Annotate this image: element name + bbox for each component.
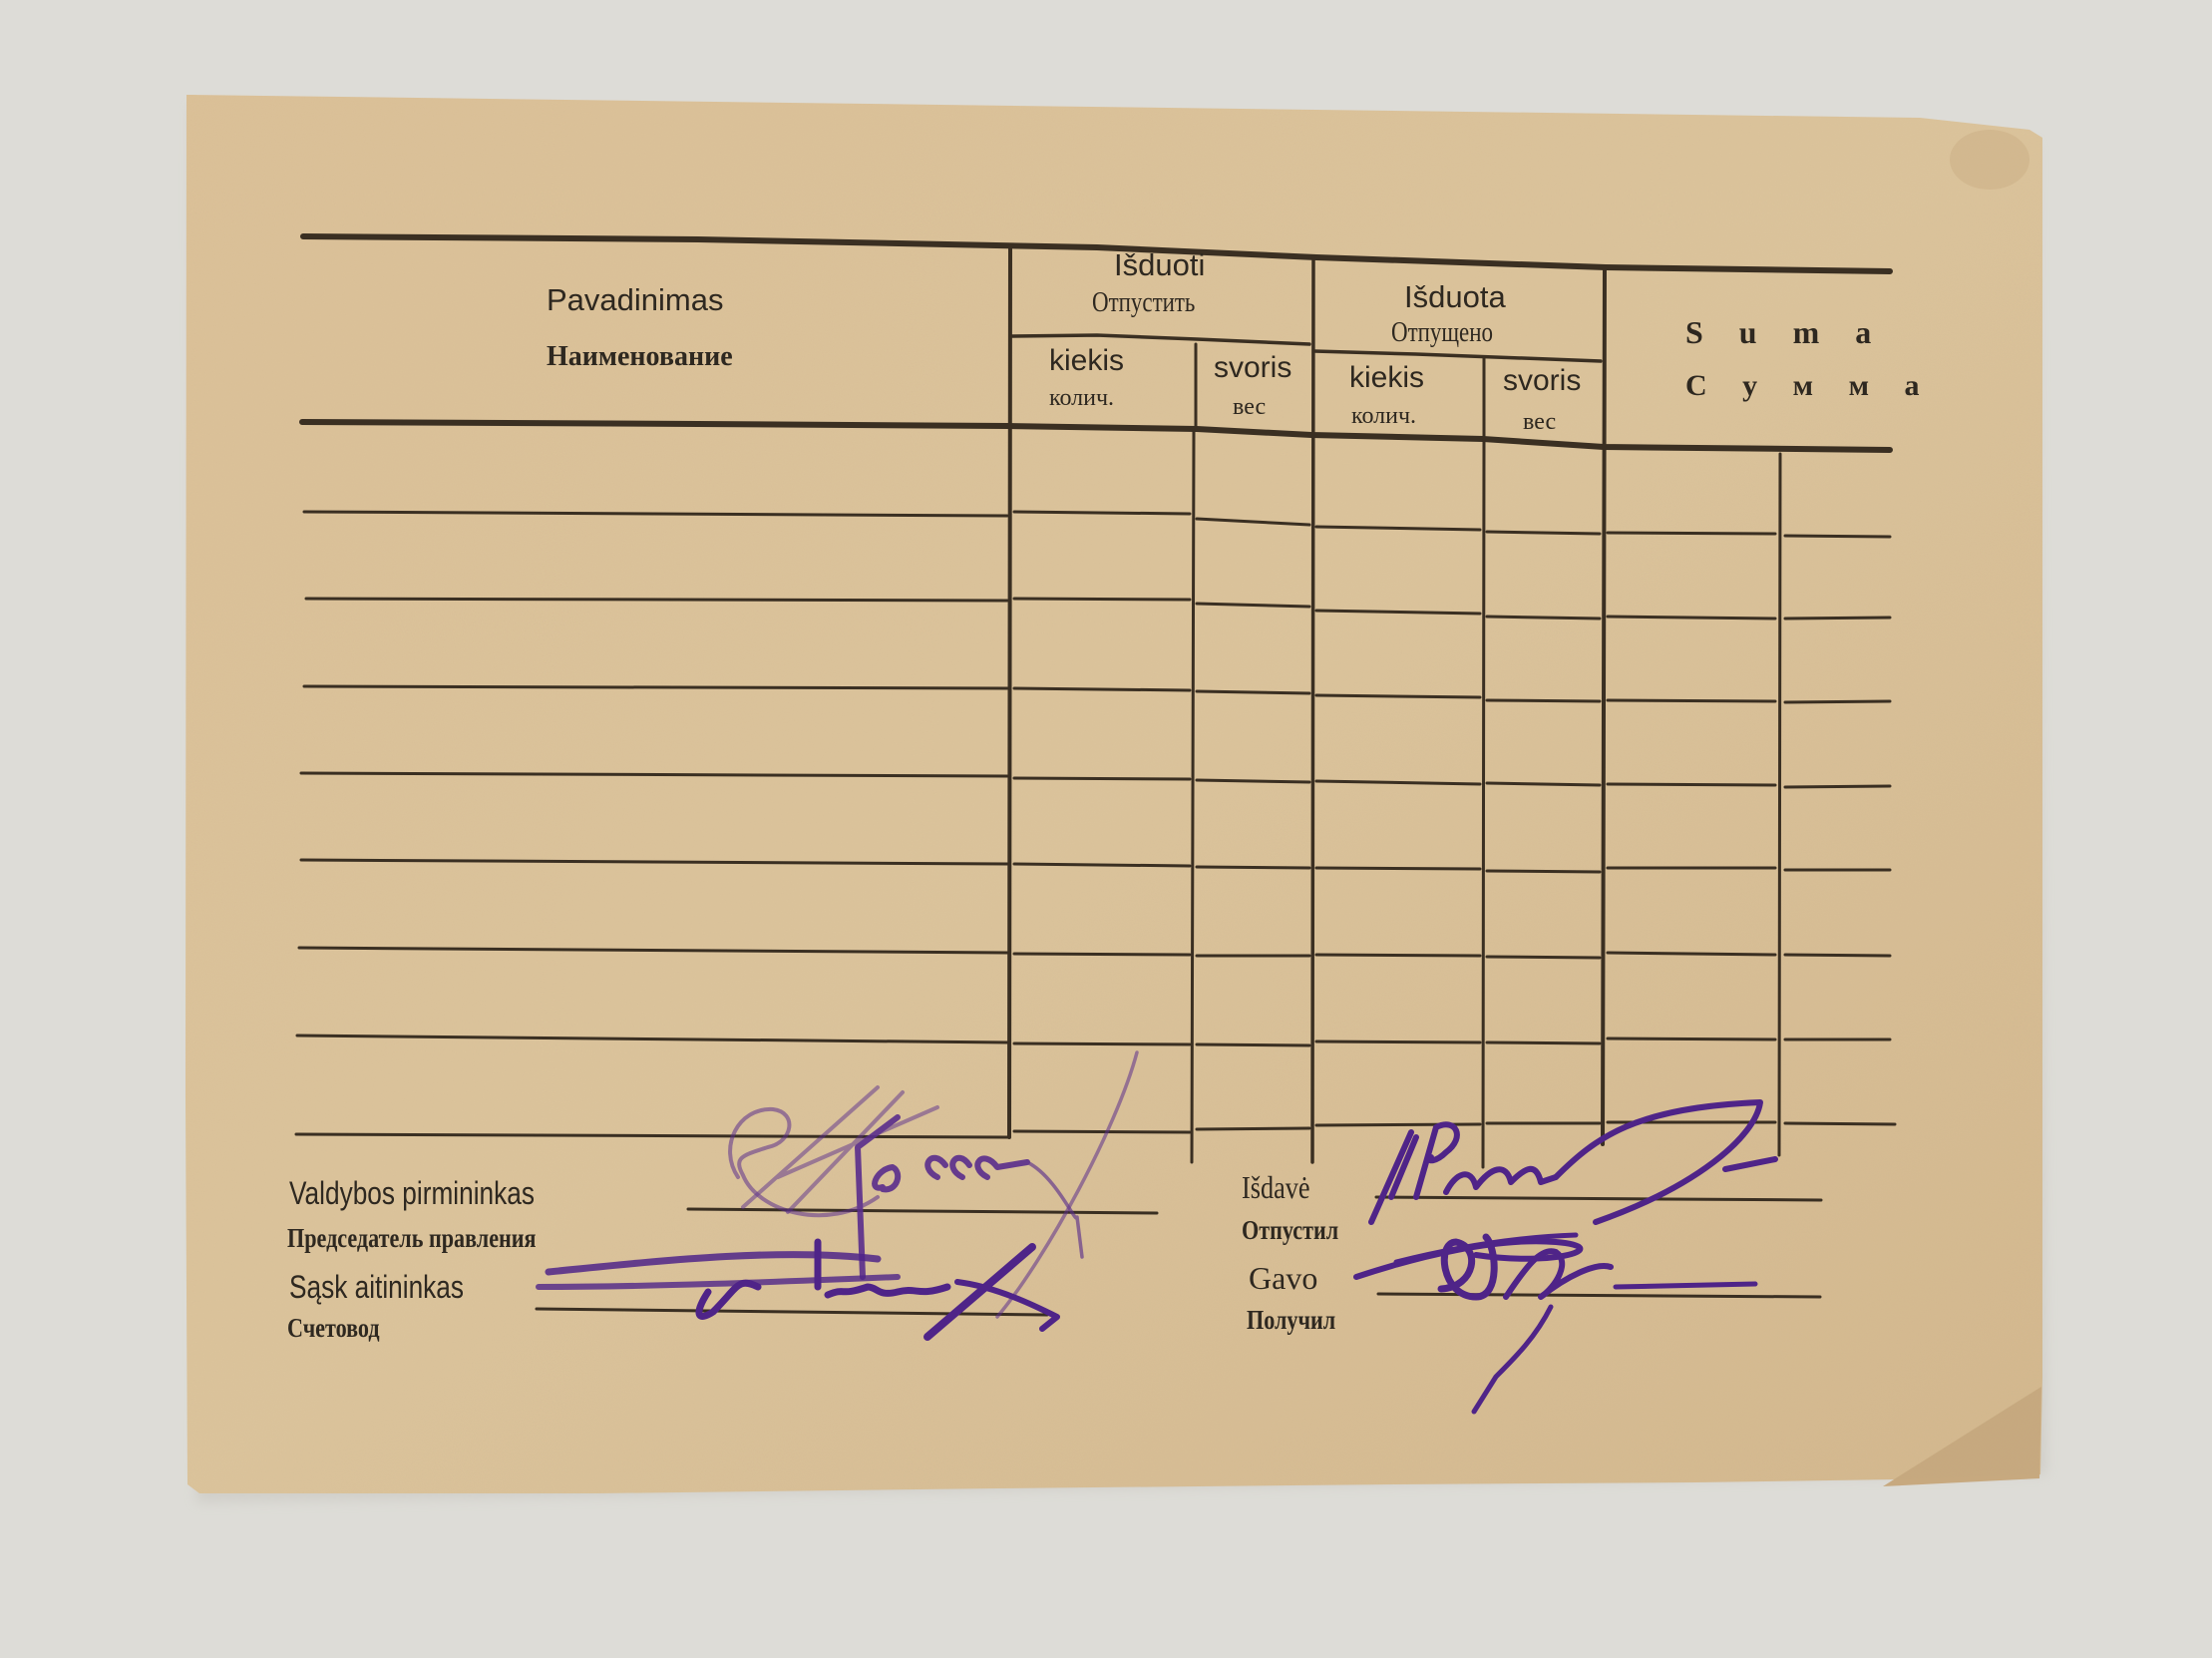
table-row[interactable] (304, 778, 1002, 858)
col-header-issued-lt: Išduota (1404, 279, 1506, 315)
table-row[interactable] (304, 1040, 1002, 1132)
table-row[interactable] (304, 517, 1002, 597)
col-line-3 (1603, 267, 1605, 1144)
label-issued-lt: Išdavė (1242, 1169, 1309, 1206)
col-line-2 (1312, 257, 1313, 1162)
label-chairman-lt: Valdybos pirmininkas (289, 1175, 535, 1212)
col-header-sum-ru: С у м м а (1685, 369, 1934, 403)
col-line-1 (1009, 247, 1010, 1137)
col-header-issued-weight-ru: вес (1523, 409, 1556, 436)
table-row[interactable] (304, 953, 1002, 1033)
col-header-issued-ru: Отпущено (1391, 317, 1493, 349)
label-issued-ru: Отпустил (1242, 1215, 1338, 1246)
document-paper: Pavadinimas Наименование Išduoti Отпусти… (0, 0, 2212, 1658)
label-accountant-lt: Sąsk aitininkas (289, 1269, 464, 1306)
col-header-issue-lt: Išduoti (1114, 247, 1205, 283)
label-accountant-ru: Счетовод (287, 1313, 380, 1344)
table-row[interactable] (304, 429, 1002, 509)
table-row[interactable] (304, 691, 1002, 771)
table-row[interactable] (304, 866, 1002, 946)
col-header-name-ru: Наименование (547, 341, 733, 373)
signature-field-received[interactable] (1378, 1232, 1820, 1296)
col-header-issued-weight-lt: svoris (1503, 364, 1581, 398)
signature-field-accountant[interactable] (539, 1247, 1047, 1313)
col-header-issue-weight-lt: svoris (1214, 351, 1291, 385)
col-header-issue-ru: Отпустить (1092, 287, 1195, 319)
table-row[interactable] (304, 604, 1002, 683)
col-header-issued-qty-lt: kiekis (1349, 361, 1424, 395)
col-header-issue-weight-ru: вес (1233, 394, 1266, 421)
signature-field-issued[interactable] (1376, 1137, 1821, 1199)
signature-field-chairman[interactable] (688, 1147, 1157, 1213)
col-header-issue-qty-lt: kiekis (1049, 344, 1124, 378)
col-header-sum-lt: S u m a (1685, 314, 1885, 351)
col-header-name-lt: Pavadinimas (547, 282, 723, 318)
col-header-issued-qty-ru: колич. (1351, 403, 1416, 430)
col-header-issue-qty-ru: колич. (1049, 385, 1114, 412)
label-received-lt: Gavo (1249, 1260, 1317, 1297)
label-received-ru: Получил (1247, 1305, 1335, 1336)
label-chairman-ru: Председатель правления (287, 1223, 537, 1254)
